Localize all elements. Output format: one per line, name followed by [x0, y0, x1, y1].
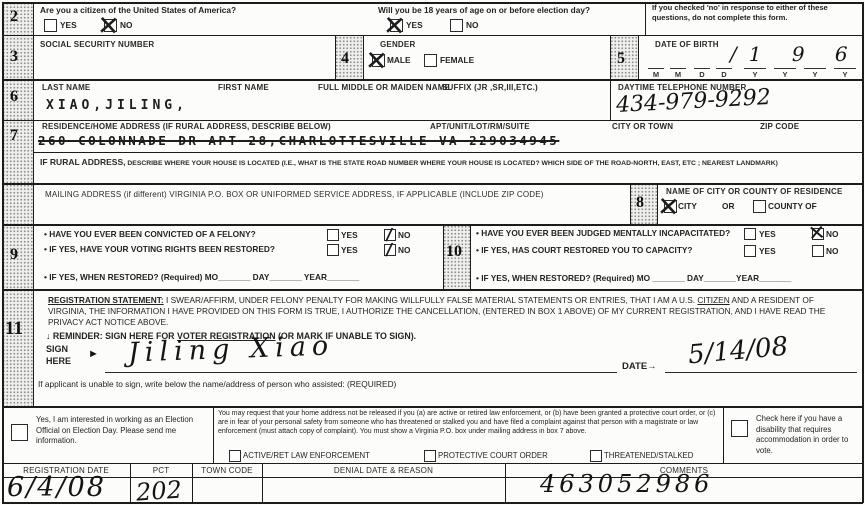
citizen-yes-label: YES	[60, 20, 77, 30]
felony-q2: • IF YES, HAVE YOUR VOTING RIGHTS BEEN R…	[44, 244, 275, 254]
divider	[645, 2, 646, 35]
rural-note: IF RURAL ADDRESS, DESCRIBE WHERE YOUR HO…	[40, 157, 778, 167]
dob-value[interactable]: /1 9 6 3	[730, 42, 865, 66]
divider	[2, 120, 863, 121]
age-yes-label: YES	[406, 20, 423, 30]
here-label: HERE	[46, 356, 71, 366]
dob-slot-y2: Y	[774, 68, 796, 79]
mental-q1-yes-label: YES	[759, 229, 776, 239]
date-line[interactable]	[665, 372, 857, 373]
locality-or-label: OR	[722, 201, 734, 211]
rural-note-bold: IF RURAL ADDRESS,	[40, 157, 125, 167]
divider	[2, 79, 863, 81]
box-number-8: 8	[636, 194, 644, 212]
no-answer-notice: If you checked 'no' in response to eithe…	[652, 3, 858, 23]
mental-q2-no-checkbox[interactable]	[812, 245, 824, 257]
sign-here-arrow-icon: ►	[88, 348, 99, 360]
mental-q2-yes-checkbox[interactable]	[744, 245, 756, 257]
rural-note-rest: DESCRIBE WHERE YOUR HOUSE IS LOCATED (I.…	[125, 160, 777, 167]
last-name-label: LAST NAME	[42, 83, 90, 92]
statement-text-1: I SWEAR/AFFIRM, UNDER FELONY PENALTY FOR…	[164, 295, 698, 305]
denial-field[interactable]	[262, 478, 505, 502]
gender-male-checkbox[interactable]	[372, 54, 385, 67]
voter-registration-form: 2 3 4 5 6 7 8 9 10 11 Are you a citizen …	[0, 0, 865, 505]
divider	[862, 2, 864, 503]
mental-q1-no-label: NO	[826, 229, 838, 239]
felony-q1: • HAVE YOU EVER BEEN CONVICTED OF A FELO…	[44, 229, 256, 239]
locality-county-checkbox[interactable]	[753, 200, 766, 213]
town-code-field[interactable]	[192, 478, 262, 502]
divider	[213, 407, 214, 463]
mental-q2-no-label: NO	[826, 246, 838, 256]
felony-q3: • IF YES, WHEN RESTORED? (Required) MO__…	[44, 272, 359, 282]
locality-county-label: COUNTY OF	[768, 201, 817, 211]
citizenship-question: Are you a citizen of the United States o…	[40, 5, 236, 15]
zip-label: ZIP CODE	[760, 122, 799, 131]
citizen-no-checkbox[interactable]	[104, 19, 117, 32]
box-number-7: 7	[10, 127, 18, 145]
dob-slot-d1: D	[694, 68, 710, 79]
dob-slot-m2: M	[670, 68, 686, 79]
sign-label: SIGN	[46, 344, 68, 354]
mental-q2: • IF YES, HAS COURT RESTORED YOU TO CAPA…	[476, 245, 693, 255]
dob-slot-d2: D	[716, 68, 732, 79]
divider	[2, 35, 863, 36]
box-number-3: 3	[10, 48, 18, 66]
mental-q1-yes-checkbox[interactable]	[744, 228, 756, 240]
statement-heading: REGISTRATION STATEMENT:	[48, 295, 164, 305]
signature-value[interactable]: Jiling Xiao	[128, 330, 335, 368]
divider	[2, 502, 863, 504]
disability-checkbox[interactable]	[731, 420, 748, 437]
felony-q2-no-label: NO	[398, 245, 410, 255]
signature-line[interactable]	[105, 372, 617, 373]
citizen-yes-checkbox[interactable]	[44, 19, 57, 32]
divider	[2, 183, 863, 185]
law-enforcement-checkbox[interactable]	[229, 450, 241, 462]
registration-date-value[interactable]: 6/4/08	[7, 472, 106, 503]
disability-text: Check here if you have a disability that…	[756, 414, 858, 456]
felony-q1-yes-label: YES	[341, 230, 358, 240]
divider	[2, 463, 863, 464]
age-yes-checkbox[interactable]	[390, 19, 403, 32]
dob-slot-y3: Y	[804, 68, 826, 79]
divider	[33, 2, 34, 407]
dob-label: DATE OF BIRTH	[655, 40, 719, 49]
felony-q2-yes-checkbox[interactable]	[327, 244, 339, 256]
felony-q2-no-checkbox[interactable]	[384, 244, 396, 256]
threatened-stalked-checkbox[interactable]	[590, 450, 602, 462]
age-question: Will you be 18 years of age on or before…	[378, 5, 590, 15]
residence-value[interactable]: 260 COLONNADE DR APT 28,CHARLOTTESVILLE …	[38, 133, 559, 148]
divider	[33, 152, 863, 153]
gender-female-checkbox[interactable]	[424, 54, 437, 67]
law-enforcement-label: ACTIVE/RET LAW ENFORCEMENT	[243, 451, 370, 460]
box-number-6: 6	[10, 88, 18, 106]
address-release-text: You may request that your home address n…	[218, 410, 720, 436]
locality-label: NAME OF CITY OR COUNTY OF RESIDENCE	[666, 187, 843, 196]
election-official-text: Yes, I am interested in working as an El…	[36, 415, 210, 447]
assist-note: If applicant is unable to sign, write be…	[38, 379, 396, 389]
city-or-town-label: CITY OR TOWN	[612, 122, 673, 131]
signature-date-value[interactable]: 5/14/08	[687, 332, 789, 371]
protective-order-checkbox[interactable]	[424, 450, 436, 462]
box-number-9: 9	[10, 246, 18, 264]
box-number-11: 11	[5, 318, 23, 340]
mental-q1-no-checkbox[interactable]	[812, 228, 824, 240]
date-label: DATE→	[622, 361, 657, 372]
divider	[470, 225, 471, 290]
election-official-checkbox[interactable]	[11, 424, 28, 441]
residence-label: RESIDENCE/HOME ADDRESS (IF RURAL ADDRESS…	[42, 122, 331, 131]
divider	[335, 36, 336, 80]
statement-citizen: CITIZEN	[697, 295, 729, 305]
divider	[2, 224, 863, 226]
mental-q1: • HAVE YOU EVER BEEN JUDGED MENTALLY INC…	[476, 228, 730, 238]
dob-slot-m1: M	[648, 68, 664, 79]
felony-q2-yes-label: YES	[341, 245, 358, 255]
box-number-5: 5	[617, 50, 625, 68]
box-number-10: 10	[446, 243, 462, 261]
pct-value[interactable]: 202	[135, 475, 183, 505]
divider	[2, 2, 4, 503]
comments-value[interactable]: 463052986	[540, 470, 713, 498]
divider	[638, 36, 639, 80]
felony-q1-no-label: NO	[398, 230, 410, 240]
divider	[723, 407, 724, 463]
pct-header: PCT	[130, 466, 192, 475]
locality-city-checkbox[interactable]	[664, 200, 677, 213]
mailing-field[interactable]	[45, 200, 615, 222]
ssn-field[interactable]	[40, 52, 330, 76]
divider	[443, 225, 444, 290]
gender-male-label: MALE	[387, 55, 411, 65]
first-name-label: FIRST NAME	[218, 83, 269, 92]
box-number-2: 2	[10, 8, 18, 26]
divider	[610, 36, 611, 120]
locality-city-label: CITY	[678, 201, 697, 211]
apt-label: APT/UNIT/LOT/RM/SUITE	[430, 122, 530, 131]
mental-q2-yes-label: YES	[759, 246, 776, 256]
middle-name-label: FULL MIDDLE OR MAIDEN NAME	[318, 83, 450, 92]
gender-female-label: FEMALE	[440, 55, 474, 65]
box-number-4: 4	[341, 50, 349, 68]
suffix-label: SUFFIX (JR ,SR,III,ETC.)	[442, 83, 538, 92]
dob-slot-y4: Y	[834, 68, 856, 79]
mental-q3: • IF YES, WHEN RESTORED? (Required) MO _…	[476, 273, 791, 283]
registration-statement: REGISTRATION STATEMENT: I SWEAR/AFFIRM, …	[48, 295, 854, 328]
ssn-label: SOCIAL SECURITY NUMBER	[40, 40, 154, 49]
divider	[2, 289, 863, 291]
protective-order-label: PROTECTIVE COURT ORDER	[438, 451, 548, 460]
mailing-label: MAILING ADDRESS (if different) VIRGINIA …	[45, 190, 544, 199]
age-no-checkbox[interactable]	[450, 19, 463, 32]
divider	[630, 183, 631, 225]
box4-number-cell	[335, 36, 363, 80]
dob-slot-y1: Y	[744, 68, 766, 79]
divider	[2, 406, 863, 408]
felony-q1-yes-checkbox[interactable]	[327, 229, 339, 241]
denial-header: DENIAL DATE & REASON	[262, 466, 505, 475]
name-value[interactable]: XIAO,JILING,	[46, 98, 188, 113]
age-no-label: NO	[466, 20, 478, 30]
threatened-stalked-label: THREATENED/STALKED	[604, 451, 693, 460]
citizen-no-label: NO	[120, 20, 132, 30]
town-code-header: TOWN CODE	[192, 466, 262, 475]
